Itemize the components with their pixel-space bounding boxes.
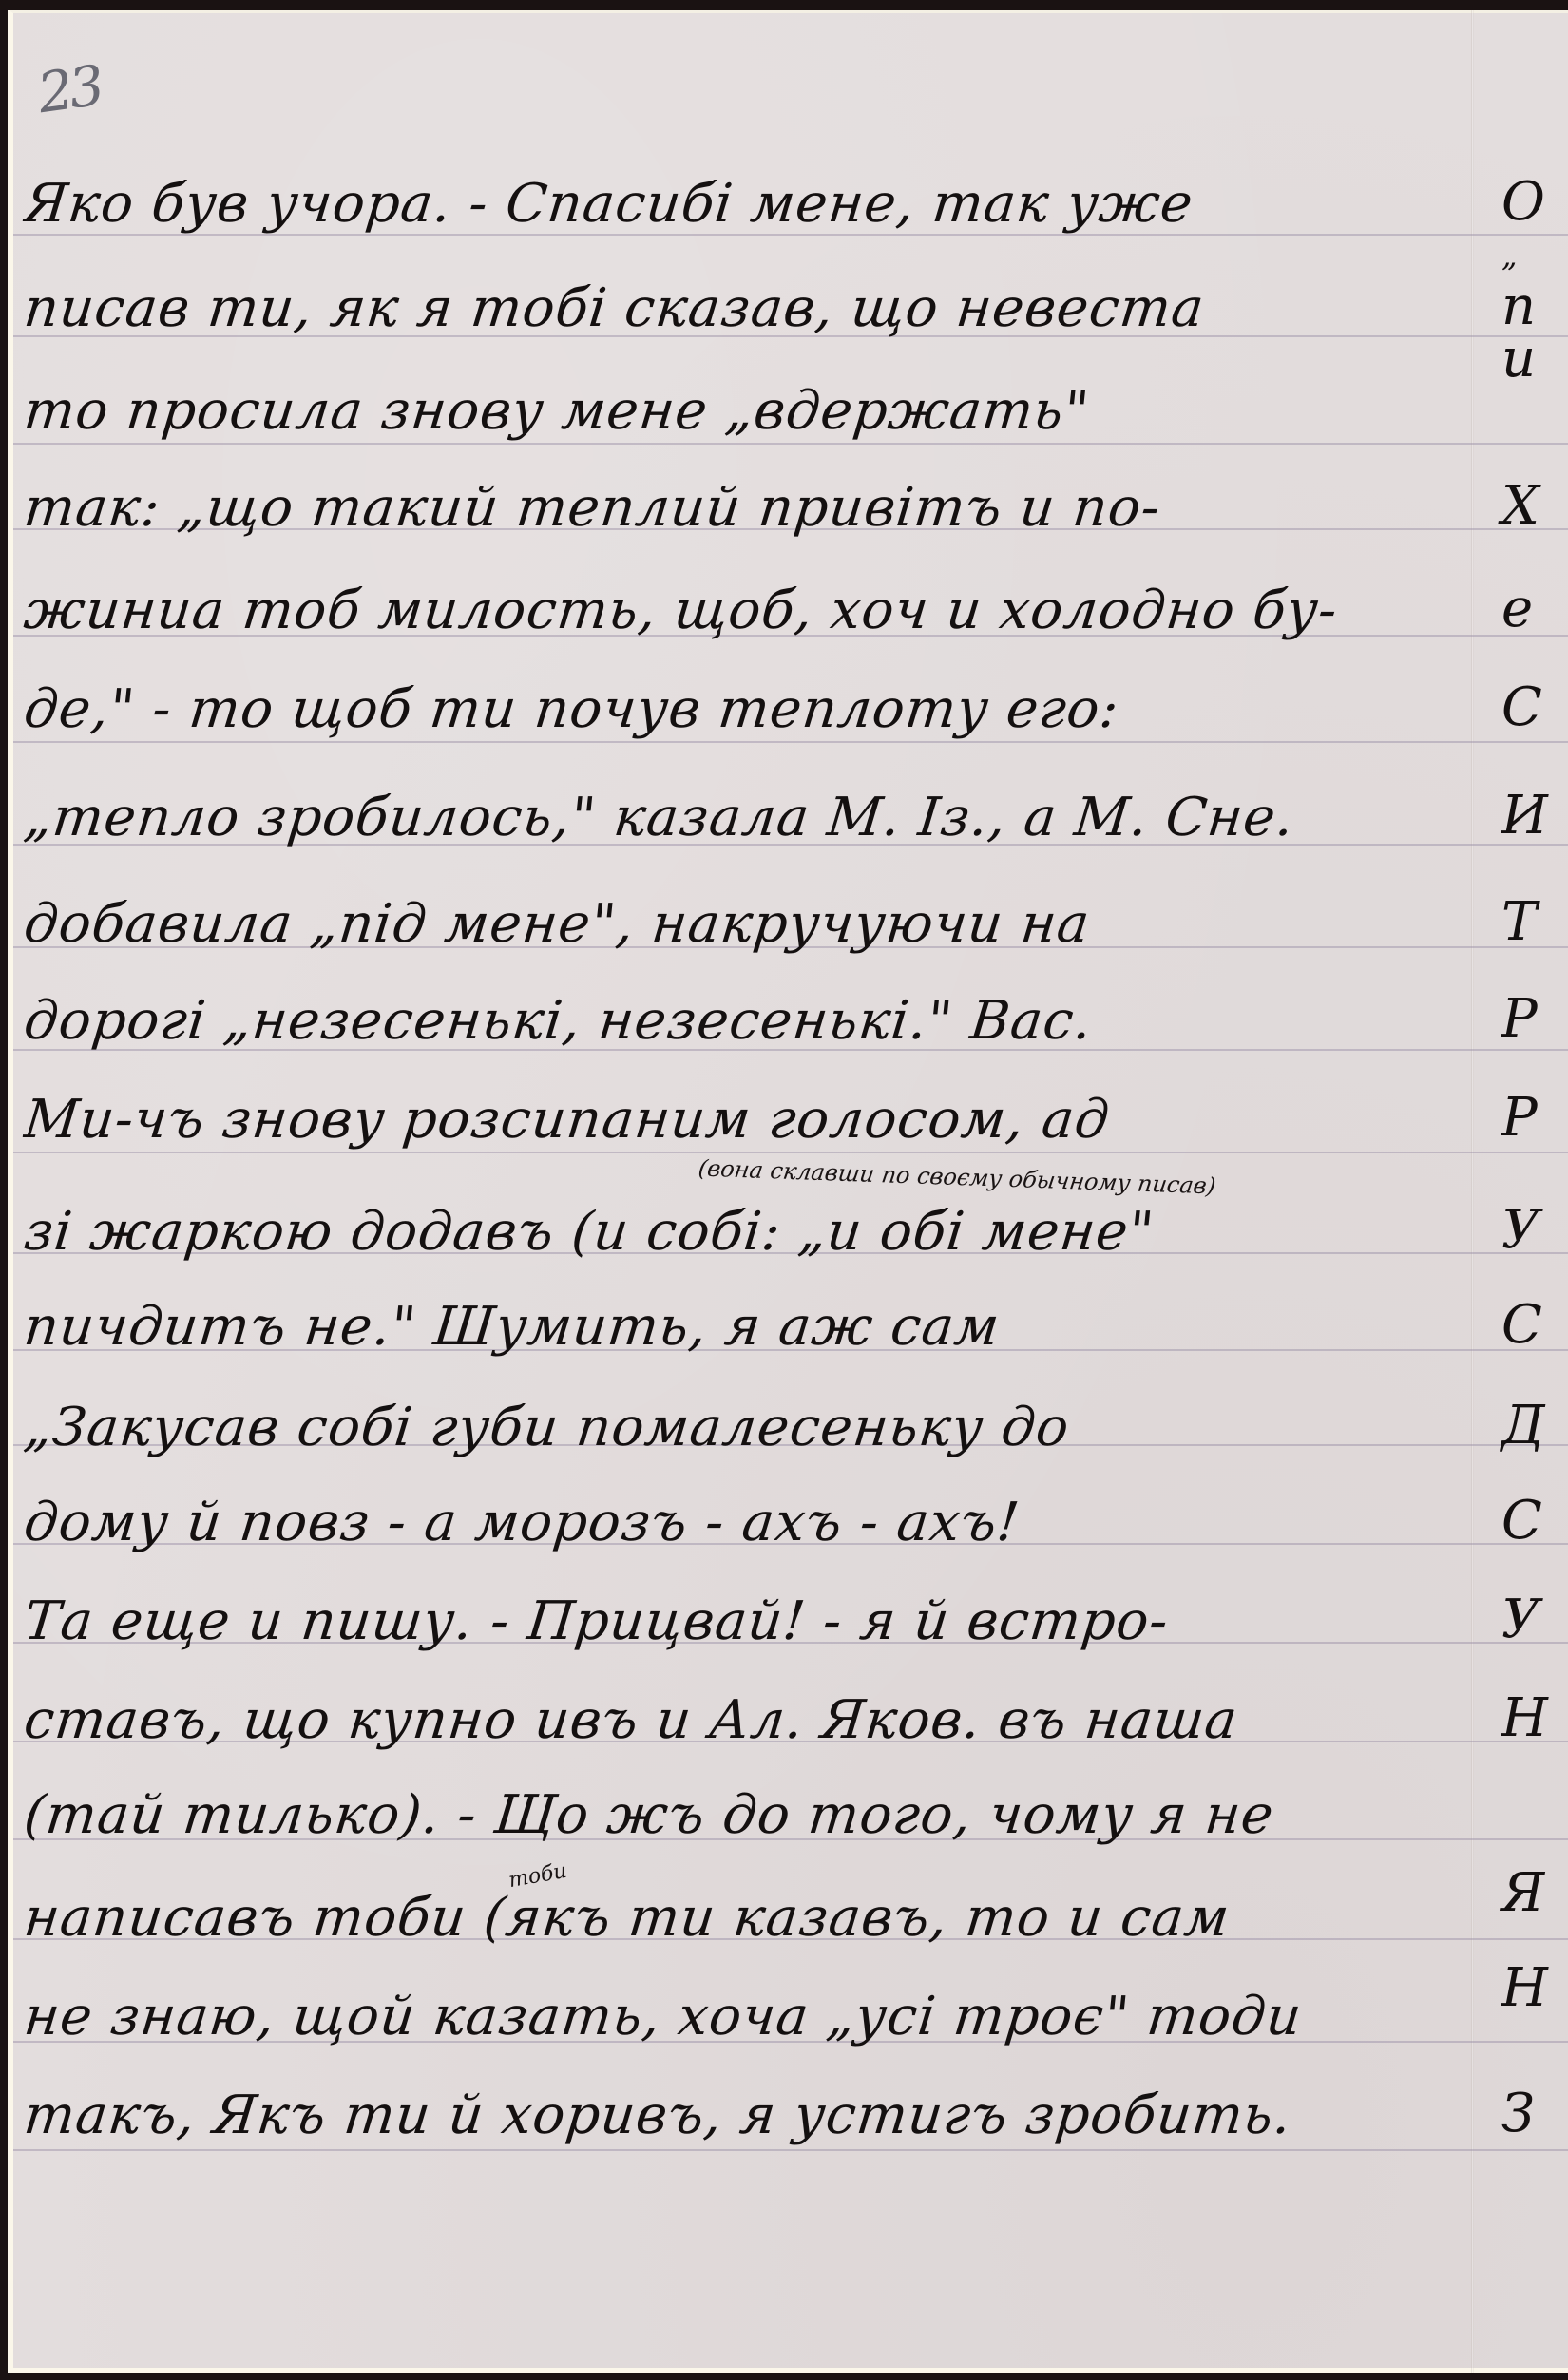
adjacent-glyph: У	[1501, 1589, 1539, 1650]
handwritten-line: дорогі „незесенькі, незесенькі." Вас.	[21, 988, 1482, 1055]
adjacent-glyph: З	[1501, 2083, 1535, 2144]
page-number: 23	[34, 53, 105, 125]
handwritten-line: писав ти, як я тобі сказав, що невеста	[21, 276, 1482, 342]
handwritten-line: добавила „під мене", накручуючи на	[21, 891, 1482, 958]
adjacent-glyph: У	[1501, 1199, 1539, 1261]
handwritten-line: так: „що такий теплий привітъ и по-	[21, 475, 1482, 542]
adjacent-glyph: „	[1501, 238, 1518, 274]
handwritten-line: Яко був учора. - Спасибі мене, так уже	[21, 171, 1482, 238]
handwritten-line: пичдитъ не." Шумить, я аж сам	[21, 1294, 1482, 1361]
adjacent-glyph: С	[1501, 1294, 1542, 1356]
handwritten-line: (тай тилько). - Що жъ до того, чому я не	[21, 1782, 1482, 1849]
handwritten-line: дому й повз - а морозъ - ахъ - ахъ!	[21, 1490, 1482, 1556]
handwritten-line: не знаю, щой казать, хоча „усі троє" тод…	[21, 1984, 1482, 2050]
handwritten-line: Ми-чъ знову розсипаним голосом, ад	[21, 1087, 1482, 1153]
adjacent-glyph: Н	[1501, 1687, 1548, 1749]
handwritten-line: де," - то щоб ти почув теплоту его:	[21, 676, 1482, 743]
handwritten-line: то просила знову мене „вдержать"	[21, 378, 1482, 445]
adjacent-glyph: Н	[1501, 1957, 1548, 2019]
adjacent-glyph: С	[1501, 676, 1542, 738]
adjacent-glyph: е	[1501, 578, 1533, 639]
handwritten-line: „тепло зробилось," казала М. Із., а М. С…	[21, 785, 1482, 851]
adjacent-glyph: И	[1501, 785, 1548, 847]
adjacent-glyph: О	[1501, 171, 1545, 233]
handwritten-line: такъ, Якъ ти й хоривъ, я устигъ зробить.	[21, 2083, 1482, 2149]
adjacent-glyph: Т	[1501, 891, 1537, 953]
adjacent-glyph: Д	[1501, 1395, 1545, 1457]
adjacent-glyph: Р	[1501, 1087, 1538, 1149]
handwritten-line: ставъ, що купно ивъ и Ал. Яков. въ наша	[21, 1687, 1482, 1754]
handwritten-line: Та еще и пишу. - Прицвай! - я й встро-	[21, 1589, 1482, 1655]
adjacent-page-edge: О „ п и Х е С И Т Р Р У С Д С У Н Я Н З	[1501, 0, 1568, 2380]
adjacent-glyph: Х	[1501, 475, 1539, 537]
handwritten-line: жиниа тоб милость, щоб, хоч и холодно бу…	[21, 578, 1482, 644]
adjacent-glyph: Я	[1501, 1862, 1544, 1924]
adjacent-glyph: Р	[1501, 988, 1538, 1050]
adjacent-glyph: и	[1501, 328, 1536, 390]
handwritten-line: написавъ тоби (якъ ти казавъ, то и сам	[21, 1885, 1482, 1952]
adjacent-glyph: С	[1501, 1490, 1542, 1552]
handwritten-line: зі жаркою додавъ (и собі: „и обі мене"	[21, 1199, 1482, 1266]
handwritten-line: „Закусав собі губи помалесеньку до	[21, 1395, 1482, 1461]
ruled-line	[13, 2149, 1568, 2151]
